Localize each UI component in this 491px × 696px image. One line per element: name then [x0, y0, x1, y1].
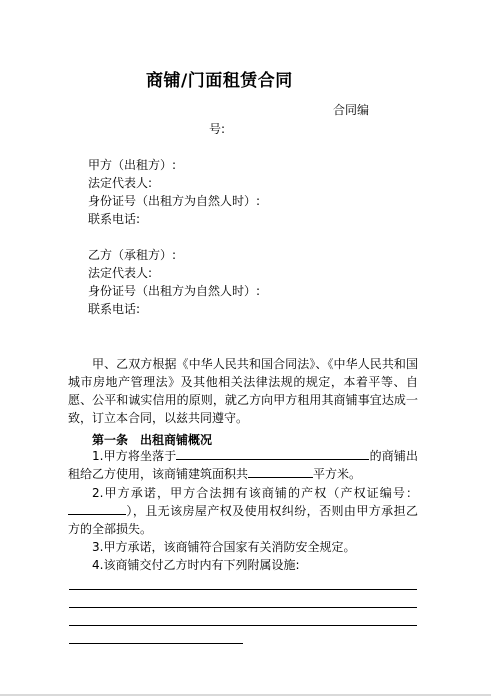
party-b-legal-rep-label: 法定代表人:	[88, 264, 152, 281]
document-title: 商铺/门面租赁合同	[146, 66, 293, 91]
article-1-number: 第一条	[92, 433, 128, 447]
party-a-name-label: 甲方（出租方）:	[88, 156, 176, 173]
party-a-phone-label: 联系电话:	[88, 210, 140, 227]
clause-1-text-a: 1.甲方将坐落于	[92, 449, 176, 463]
clause-4: 4.该商铺交付乙方时内有下列附属设施:	[68, 556, 418, 574]
party-b-phone-label: 联系电话:	[88, 300, 140, 317]
preamble-paragraph: 甲、乙双方根据《中华人民共和国合同法》、《中华人民共和国城市房地产管理法》及其他…	[68, 355, 418, 427]
document-page: 商铺/门面租赁合同 合同编 号: 甲方（出租方）: 法定代表人: 身份证号（出租…	[0, 0, 491, 694]
clause-1-text-c: 平方米。	[313, 467, 361, 481]
area-blank[interactable]	[248, 465, 313, 478]
facilities-blank-line-3[interactable]	[69, 625, 417, 626]
clause-2-text-a: 2.甲方承诺，甲方合法拥有该商铺的产权（产权证编号：	[92, 486, 418, 500]
clause-1: 1.甲方将坐落于的商铺出租给乙方使用，该商铺建筑面积共平方米。	[68, 447, 418, 483]
contract-number-label-cont: 号:	[209, 120, 225, 137]
facilities-blank-line-2[interactable]	[69, 607, 417, 608]
clause-3: 3.甲方承诺，该商铺符合国家有关消防安全规定。	[68, 538, 418, 556]
location-blank[interactable]	[176, 447, 369, 460]
property-cert-blank[interactable]	[68, 502, 126, 515]
article-1-heading: 第一条出租商铺概况	[92, 431, 212, 448]
party-a-id-label: 身份证号（出租方为自然人时）:	[88, 192, 260, 209]
clause-2: 2.甲方承诺，甲方合法拥有该商铺的产权（产权证编号：），且无该房屋产权及使用权纠…	[68, 484, 418, 538]
facilities-blank-line-1[interactable]	[69, 589, 417, 590]
party-b-name-label: 乙方（承租方）:	[88, 246, 176, 263]
party-a-legal-rep-label: 法定代表人:	[88, 174, 152, 191]
article-1-title: 出租商铺概况	[140, 433, 212, 447]
facilities-blank-line-4[interactable]	[69, 643, 243, 644]
contract-number-label: 合同编	[333, 101, 369, 118]
party-b-id-label: 身份证号（出租方为自然人时）:	[88, 282, 260, 299]
